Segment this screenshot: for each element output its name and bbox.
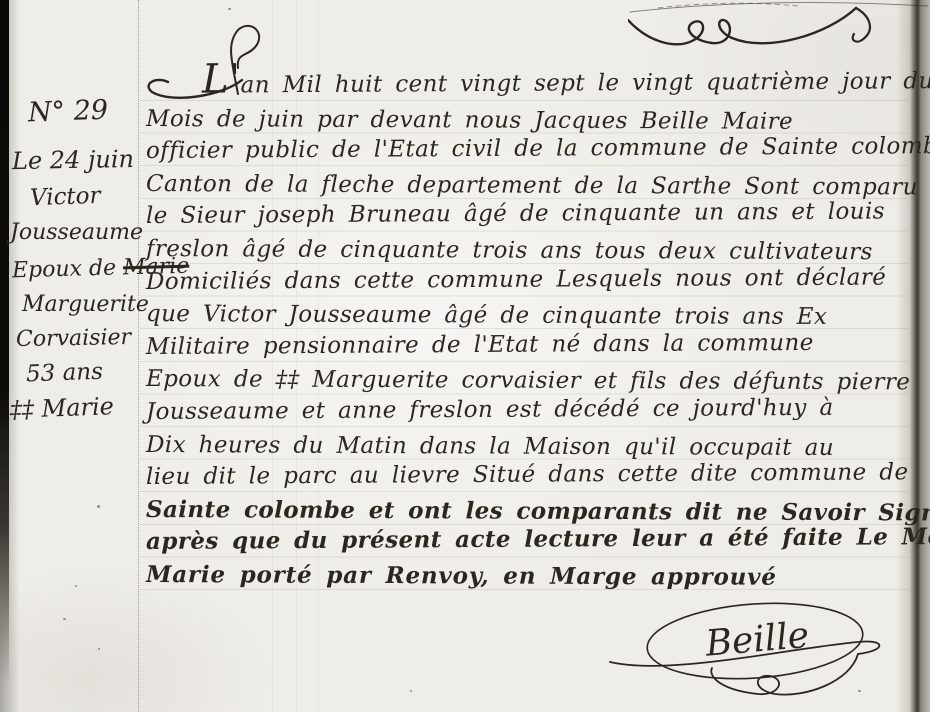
paper-speck: [410, 690, 412, 692]
mayor-signature-block: Beille: [600, 586, 920, 712]
act-line: Domiciliés dans cette commune Lesquels n…: [146, 261, 930, 299]
margin-deceased-firstname: Victor: [30, 183, 101, 211]
act-body-text: L'an Mil huit cent vingt sept le vingt q…: [146, 64, 930, 592]
act-line: Jousseaume et anne freslon est décédé ce…: [146, 391, 930, 429]
margin-renvoi-note: ‡‡ Marie: [10, 392, 115, 424]
act-line: L'an Mil huit cent vingt sept le vingt q…: [146, 59, 930, 103]
act-number: N° 29: [27, 95, 108, 129]
flourish-right-curve: [853, 8, 870, 42]
renvoi-mark: ‡‡: [10, 395, 35, 424]
paper-speck: [228, 8, 231, 10]
flourish-loops: [628, 8, 856, 44]
act-line: après que du présent acte lecture leur a…: [146, 521, 930, 559]
margin-spouse-firstname: Marguerite: [22, 292, 149, 317]
scanned-civil-death-record: N° 29 Le 24 juin Victor Jousseaume Epoux…: [0, 0, 930, 712]
paper-speck: [785, 120, 787, 123]
paper-speck: [98, 648, 100, 650]
margin-age: 53 ans: [26, 359, 104, 388]
renvoi-word: Marie: [41, 392, 114, 423]
act-line: officier public de l'Etat civil de la co…: [146, 130, 930, 168]
act-line: lieu dit le parc au lievre Situé dans ce…: [146, 456, 930, 494]
binding-edge: [0, 0, 9, 712]
paper-speck: [63, 618, 66, 620]
margin-spouse-surname: Corvaisier: [16, 325, 131, 352]
signature-name: Beille: [703, 615, 811, 665]
margin-spouse-prefix: Epoux de: [12, 256, 117, 284]
act-line: le Sieur joseph Bruneau âgé de cinquante…: [146, 195, 930, 233]
paper-speck: [858, 690, 861, 692]
margin-deceased-surname: Jousseaume: [10, 220, 143, 245]
paper-speck: [97, 505, 100, 508]
act-line: Militaire pensionnaire de l'Etat né dans…: [146, 326, 930, 364]
previous-signature-flourish: [628, 0, 930, 56]
margin-date: Le 24 juin: [12, 145, 134, 175]
paper-speck: [75, 585, 77, 587]
